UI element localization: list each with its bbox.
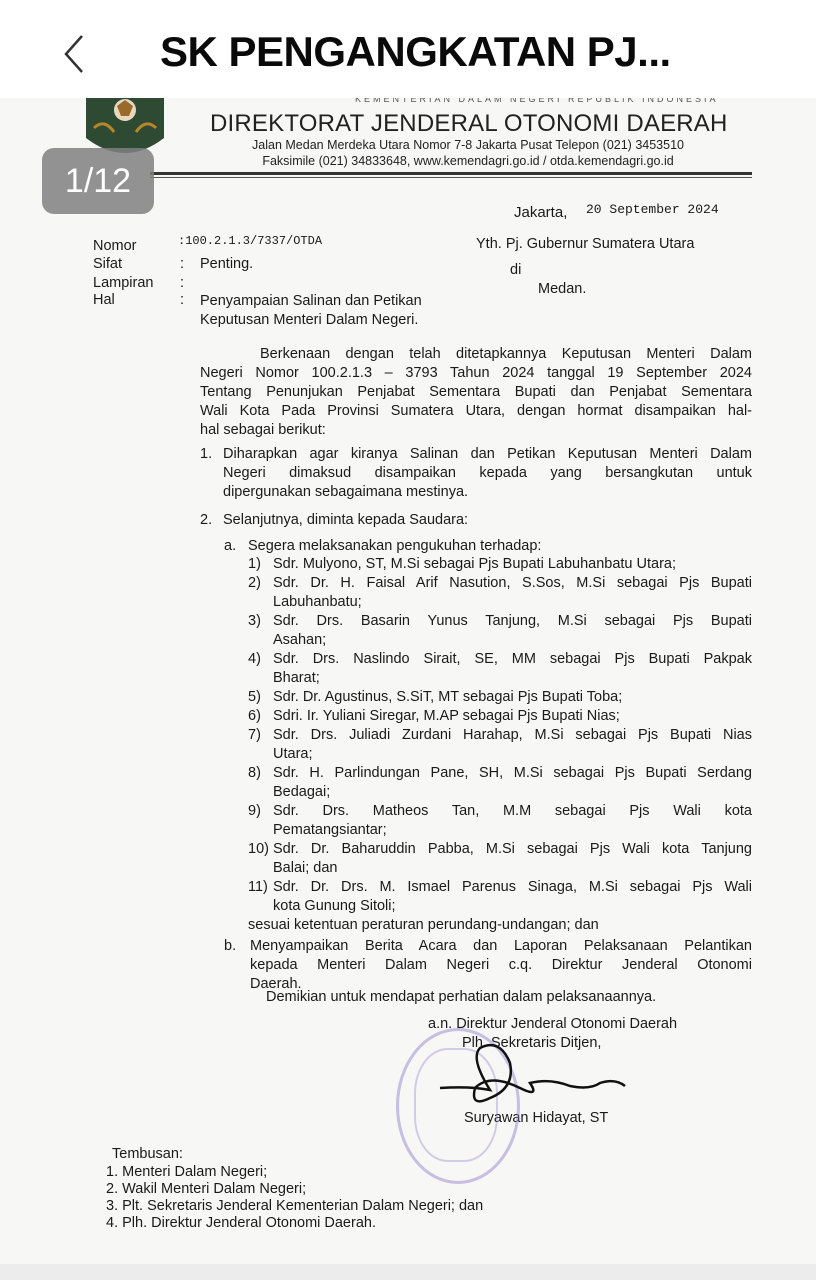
sesuai-text: sesuai ketentuan peraturan perundang-und… [248,917,599,933]
appointee-number: 8) [248,765,261,781]
intro-line: Negeri Nomor 100.2.1.3 – 3793 Tahun 2024… [200,365,752,381]
appointee-line-cont: Pematangsiantar; [273,822,387,838]
point2-text: Selanjutnya, diminta kepada Saudara: [223,512,468,528]
letterhead-ministry: KEMENTERIAN DALAM NEGERI REPUBLIK INDONE… [355,98,719,104]
nomor-value: :100.2.1.3/7337/OTDA [178,234,322,248]
tembusan-item: 1. Menteri Dalam Negeri; [106,1164,267,1180]
appointee-line: Sdr. Dr. Drs. M. Ismael Parenus Sinaga, … [273,879,752,895]
appointee-number: 11) [248,879,268,895]
point1-line: Negeri dimaksud disampaikan kepada yang … [223,465,752,481]
recipient-di: di [510,262,521,278]
tembusan-item: 3. Plt. Sekretaris Jenderal Kementerian … [106,1198,483,1214]
tembusan-label: Tembusan: [112,1146,183,1162]
appointee-number: 1) [248,556,261,572]
appointee-line-cont: Bharat; [273,670,320,686]
appointee-line: Sdr. Mulyono, ST, M.Si sebagai Pjs Bupat… [273,556,676,572]
letterhead-org: DIREKTORAT JENDERAL OTONOMI DAERAH [210,110,728,138]
letterhead-contact: Faksimile (021) 34833648, www.kemendagri… [60,154,816,168]
intro-line: hal sebagai berikut: [200,422,326,438]
intro-line: Wali Kota Pada Provinsi Sumatera Utara, … [200,403,752,419]
appointee-line-cont: Bedagai; [273,784,330,800]
recipient: Yth. Pj. Gubernur Sumatera Utara [476,236,694,252]
intro-line: Berkenaan dengan telah ditetapkannya Kep… [260,346,752,362]
appointee-line-cont: Labuhanbatu; [273,594,362,610]
appointee-line: Sdr. Drs. Basarin Yunus Tanjung, M.Si se… [273,613,752,629]
back-button[interactable] [58,34,94,74]
point-b-line: Menyampaikan Berita Acara dan Laporan Pe… [250,938,752,954]
appointee-number: 9) [248,803,261,819]
colon: : [180,275,184,291]
sifat-label: Sifat [93,256,122,272]
appointee-line: Sdr. Dr. H. Faisal Arif Nasution, S.Sos,… [273,575,752,591]
chevron-left-icon [58,34,94,74]
point1-number: 1. [200,446,212,462]
appointee-line: Sdr. Drs. Juliadi Zurdani Harahap, M.Si … [273,727,752,743]
colon: : [180,256,184,272]
point2-number: 2. [200,512,212,528]
appointee-line-cont: kota Gunung Sitoli; [273,898,396,914]
page-title: SK PENGANGKATAN PJ... [160,28,671,76]
appointee-number: 4) [248,651,261,667]
hal-value-2: Keputusan Menteri Dalam Negeri. [200,312,418,328]
letter-place: Jakarta, [514,204,567,221]
hal-label: Hal [93,292,115,308]
document-viewer[interactable]: KEMENTERIAN DALAM NEGERI REPUBLIK INDONE… [0,98,816,1264]
closing-text: Demikian untuk mendapat perhatian dalam … [266,989,656,1005]
tembusan-item: 2. Wakil Menteri Dalam Negeri; [106,1181,306,1197]
appointee-line-cont: Asahan; [273,632,326,648]
appointee-number: 5) [248,689,261,705]
appointee-number: 6) [248,708,261,724]
recipient-city: Medan. [538,281,586,297]
appointee-line: Sdri. Ir. Yuliani Siregar, M.AP sebagai … [273,708,620,724]
appointee-number: 7) [248,727,261,743]
letterhead-address: Jalan Medan Merdeka Utara Nomor 7-8 Jaka… [60,138,816,152]
appointee-line: Sdr. H. Parlindungan Pane, SH, M.Si seba… [273,765,752,781]
tembusan-item: 4. Plh. Direktur Jenderal Otonomi Daerah… [106,1215,376,1231]
point1-line: dipergunakan sebagaimana mestinya. [223,484,468,500]
letter-date: 20 September 2024 [586,202,719,217]
page-indicator: 1/12 [42,148,154,214]
appointee-number: 3) [248,613,261,629]
hal-value-1: Penyampaian Salinan dan Petikan [200,293,422,309]
lampiran-label: Lampiran [93,275,153,291]
signature-icon [430,1038,640,1128]
point1-line: Diharapkan agar kiranya Salinan dan Peti… [223,446,752,462]
appointee-line-cont: Utara; [273,746,313,762]
appointee-line-cont: Balai; dan [273,860,338,876]
letterhead-divider-thin [150,177,752,178]
app-bar: SK PENGANGKATAN PJ... [0,0,816,98]
appointee-line: Sdr. Drs. Naslindo Sirait, SE, MM sebaga… [273,651,752,667]
point-b-number: b. [224,938,236,954]
point-b-line: kepada Menteri Dalam Negeri c.q. Direktu… [250,957,752,973]
appointee-number: 10) [248,841,269,857]
letterhead-divider [150,172,752,175]
colon: : [180,292,184,308]
appointee-line: Sdr. Dr. Agustinus, S.SiT, MT sebagai Pj… [273,689,622,705]
point-a-number: a. [224,538,236,554]
intro-line: Tentang Penunjukan Penjabat Sementara Bu… [200,384,752,400]
nomor-label: Nomor [93,238,137,254]
sifat-value: Penting. [200,256,253,272]
appointee-line: Sdr. Drs. Matheos Tan, M.M sebagai Pjs W… [273,803,752,819]
point-a-text: Segera melaksanakan pengukuhan terhadap: [248,538,541,554]
appointee-line: Sdr. Dr. Baharuddin Pabba, M.Si sebagai … [273,841,752,857]
bottom-bar [0,1264,816,1280]
appointee-number: 2) [248,575,261,591]
